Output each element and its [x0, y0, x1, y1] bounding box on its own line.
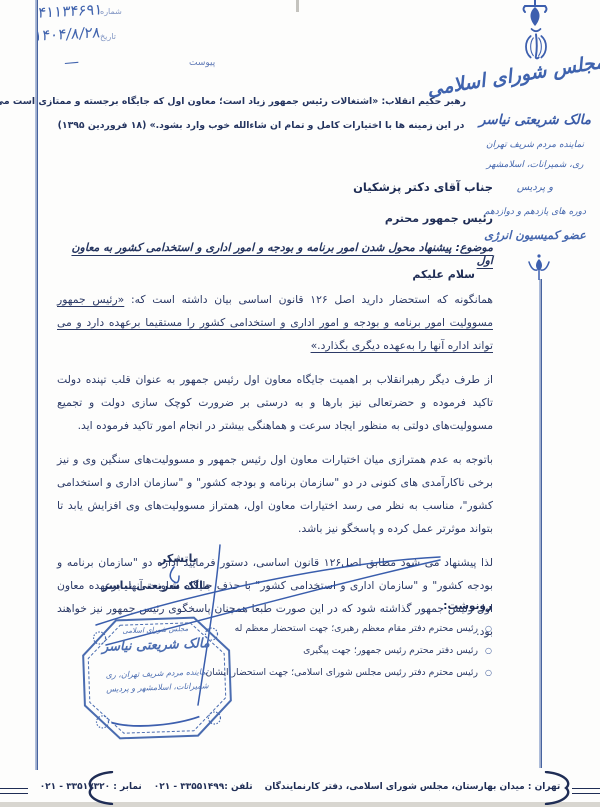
subject-line: موضوع: پیشنهاد محول شدن امور برنامه و بو… [57, 241, 493, 267]
footer-fax: نمابر : ۳۳۵۱۷۳۲۰ - ۰۲۱ [40, 782, 142, 792]
cc-bullet-icon: ○ [485, 667, 492, 679]
cc-item-text: رئیس محترم دفتر رئیس مجلس شورای اسلامی؛ … [205, 667, 478, 679]
footer-address: تهران : میدان بهارستان، مجلس شورای اسلام… [265, 782, 561, 792]
letterhead-representative-line2: ری، شمیرانات، اسلامشهر [462, 160, 600, 170]
leader-quote-line1: رهبر حکیم انقلاب: «اشتغالات رئیس جمهور ز… [56, 90, 466, 114]
ref-number-value: ۴۱۱۳۴۶۹۱ [37, 0, 103, 21]
page-rule-left [35, 0, 38, 770]
body-paragraph-3: باتوجه به عدم همترازی میان اختیارات معاو… [57, 448, 493, 540]
cc-item-text: رئیس دفتر محترم رئیس جمهور؛ جهت پیگیری [303, 645, 478, 657]
letter-page: ۴۱۱۳۴۶۹۱ شماره ۱۴۰۴/۸/۲۸ تاریخ — پیوست م… [0, 0, 600, 807]
letterhead-commission: عضو کمیسیون انرژی [462, 228, 600, 242]
cc-section: رونوشت: ○ رئیس محترم دفتر مقام معظم رهبر… [230, 600, 492, 689]
leader-quote-line2: در این زمینه ها با اختیارات کامل و تمام … [56, 114, 466, 138]
footer: تهران : میدان بهارستان، مجلس شورای اسلام… [0, 782, 600, 792]
ref-date-value: ۱۴۰۴/۸/۲۸ [33, 23, 101, 45]
cc-label: رونوشت: [230, 600, 492, 612]
ref-attachment-label: پیوست [189, 58, 215, 68]
scan-crease [296, 0, 299, 12]
ref-attachment-value: — [63, 52, 80, 71]
footer-phone: تلفن :۳۳۵۵۱۴۹۹ - ۰۲۱ [154, 782, 253, 792]
cc-item: ○ رئیس محترم دفتر رئیس مجلس شورای اسلامی… [230, 667, 492, 679]
letterhead-representative-line1: نماینده مردم شریف تهران [462, 140, 600, 150]
cc-item-text: رئیس محترم دفتر مقام معظم رهبری؛ جهت است… [235, 623, 478, 635]
cc-item: ○ رئیس دفتر محترم رئیس جمهور؛ جهت پیگیری [230, 645, 492, 657]
cc-item: ○ رئیس محترم دفتر مقام معظم رهبری؛ جهت ا… [230, 623, 492, 635]
recipient-name: جناب آقای دکتر پزشکیان [57, 180, 493, 194]
recipient-title: رئیس جمهور محترم [57, 212, 493, 225]
p1-intro: همانگونه که استحضار دارید اصل ۱۲۶ قانون … [124, 293, 493, 306]
body-paragraph-1: همانگونه که استحضار دارید اصل ۱۲۶ قانون … [57, 288, 493, 357]
finial-middle-icon [528, 254, 550, 284]
ref-date-label: تاریخ [100, 32, 116, 41]
page-rule-right [539, 279, 542, 768]
salutation: سلام علیکم [57, 268, 493, 281]
cc-bullet-icon: ○ [485, 645, 492, 657]
cc-bullet-icon: ○ [485, 623, 492, 635]
body-paragraph-2: از طرف دیگر رهبرانقلاب بر اهمیت جایگاه م… [57, 368, 493, 437]
ref-number-label: شماره [100, 7, 122, 16]
letterhead-name: مالک شریعتی نیاسر [462, 112, 600, 128]
leader-quote: رهبر حکیم انقلاب: «اشتغالات رئیس جمهور ز… [56, 90, 466, 138]
